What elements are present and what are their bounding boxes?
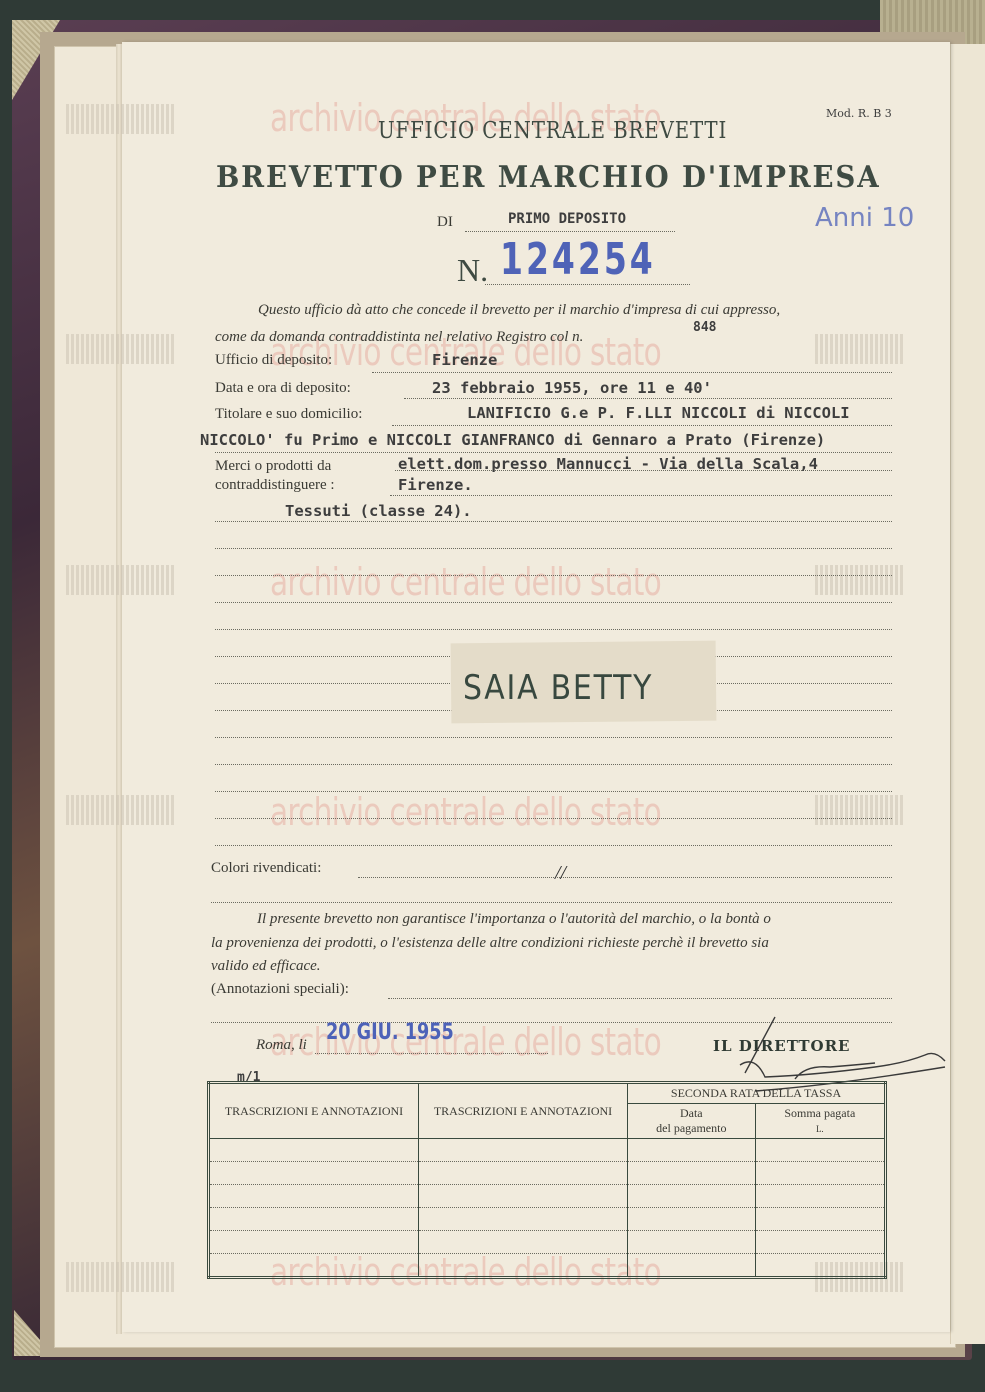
header-transcriptions-2: TRASCRIZIONI E ANNOTAZIONI [419, 1083, 628, 1139]
document-title: BREVETTO PER MARCHIO D'IMPRESA [216, 160, 880, 195]
trademark-text: SAIA BETTY [463, 668, 653, 708]
watermark-logo [66, 565, 176, 595]
merci-line-3 [215, 521, 892, 522]
table-row [209, 1185, 886, 1208]
titolare-value-1: LANIFICIO G.e P. F.LLI NICCOLI di NICCOL… [467, 404, 850, 422]
date-line [315, 1053, 548, 1054]
deposit-type-line [465, 231, 675, 232]
table-row [209, 1162, 886, 1185]
ruled-line [215, 737, 892, 738]
watermark-logo [815, 334, 905, 364]
table-row [209, 1254, 886, 1278]
disclaimer-2: la provenienza dei prodotti, o l'esisten… [211, 935, 769, 952]
merci-value-2: Firenze. [398, 476, 473, 494]
table-row [209, 1231, 886, 1254]
watermark: archivio centrale dello stato [270, 790, 661, 834]
data-value: 23 febbraio 1955, ore 11 e 40' [432, 379, 712, 397]
colori-value: // [555, 862, 566, 885]
watermark-logo [66, 795, 176, 825]
colori-line-2 [211, 902, 892, 903]
ruled-line [215, 575, 892, 576]
ruled-line [215, 791, 892, 792]
header-transcriptions-1: TRASCRIZIONI E ANNOTAZIONI [209, 1083, 419, 1139]
patent-number: 124254 [500, 234, 656, 285]
watermark-logo [66, 104, 176, 134]
titolare-line [392, 425, 892, 426]
di-label: DI [437, 214, 453, 231]
deposit-type: PRIMO DEPOSITO [508, 211, 626, 227]
ruled-line [215, 548, 892, 549]
years-stamp: Anni 10 [815, 203, 914, 233]
colori-label: Colori rivendicati: [211, 860, 321, 877]
annotazioni-label: (Annotazioni speciali): [211, 981, 349, 998]
number-label: N. [457, 252, 488, 289]
watermark-logo [66, 334, 176, 364]
data-line [404, 398, 892, 399]
colori-line [358, 877, 892, 878]
ufficio-line [372, 372, 892, 373]
ruled-line [215, 602, 892, 603]
disclaimer-3: valido ed efficace. [211, 958, 321, 975]
disclaimer-1: Il presente brevetto non garantisce l'im… [257, 911, 771, 928]
register-table: TRASCRIZIONI E ANNOTAZIONI TRASCRIZIONI … [207, 1081, 887, 1279]
annotazioni-line [388, 998, 892, 999]
titolare-value-2: NICCOLO' fu Primo e NICCOLI GIANFRANCO d… [200, 431, 825, 449]
ruled-line [215, 845, 892, 846]
ruled-line [215, 818, 892, 819]
merci-label-1: Merci o prodotti da [215, 458, 331, 475]
watermark-logo [66, 1262, 176, 1292]
table-row [209, 1139, 886, 1162]
page-fold [116, 44, 122, 1334]
header-amount-paid: Somma pagataL. [755, 1104, 885, 1139]
watermark: archivio centrale dello stato [270, 560, 661, 604]
place-label: Roma, li [256, 1037, 307, 1054]
ruled-line [215, 764, 892, 765]
watermark-logo [815, 565, 905, 595]
model-code: Mod. R. B 3 [826, 107, 892, 120]
data-label: Data e ora di deposito: [215, 380, 351, 397]
merci-value-1: elett.dom.presso Mannucci - Via della Sc… [398, 455, 818, 473]
watermark-logo [815, 795, 905, 825]
register-number: 848 [693, 320, 716, 335]
merci-line-2 [390, 495, 892, 496]
issue-date-stamp: 20 GIU. 1955 [326, 1020, 454, 1045]
header-second-installment: SECONDA RATA DELLA TASSA [628, 1083, 886, 1104]
intro-text-2: come da domanda contraddistinta nel rela… [215, 329, 583, 346]
table-row [209, 1208, 886, 1231]
merci-label-2: contraddistinguere : [215, 477, 335, 494]
next-page-edge [950, 44, 985, 1344]
office-title: UFFICIO CENTRALE BREVETTI [378, 118, 727, 144]
titolare-line-2 [215, 452, 892, 453]
header-payment-date: Datadel pagamento [628, 1104, 756, 1139]
intro-text-1: Questo ufficio dà atto che concede il br… [258, 302, 780, 319]
ufficio-value: Firenze [432, 351, 497, 369]
ufficio-label: Ufficio di deposito: [215, 352, 332, 369]
ruled-line [215, 629, 892, 630]
merci-value-3: Tessuti (classe 24). [285, 502, 472, 520]
titolare-label: Titolare e suo domicilio: [215, 406, 362, 423]
